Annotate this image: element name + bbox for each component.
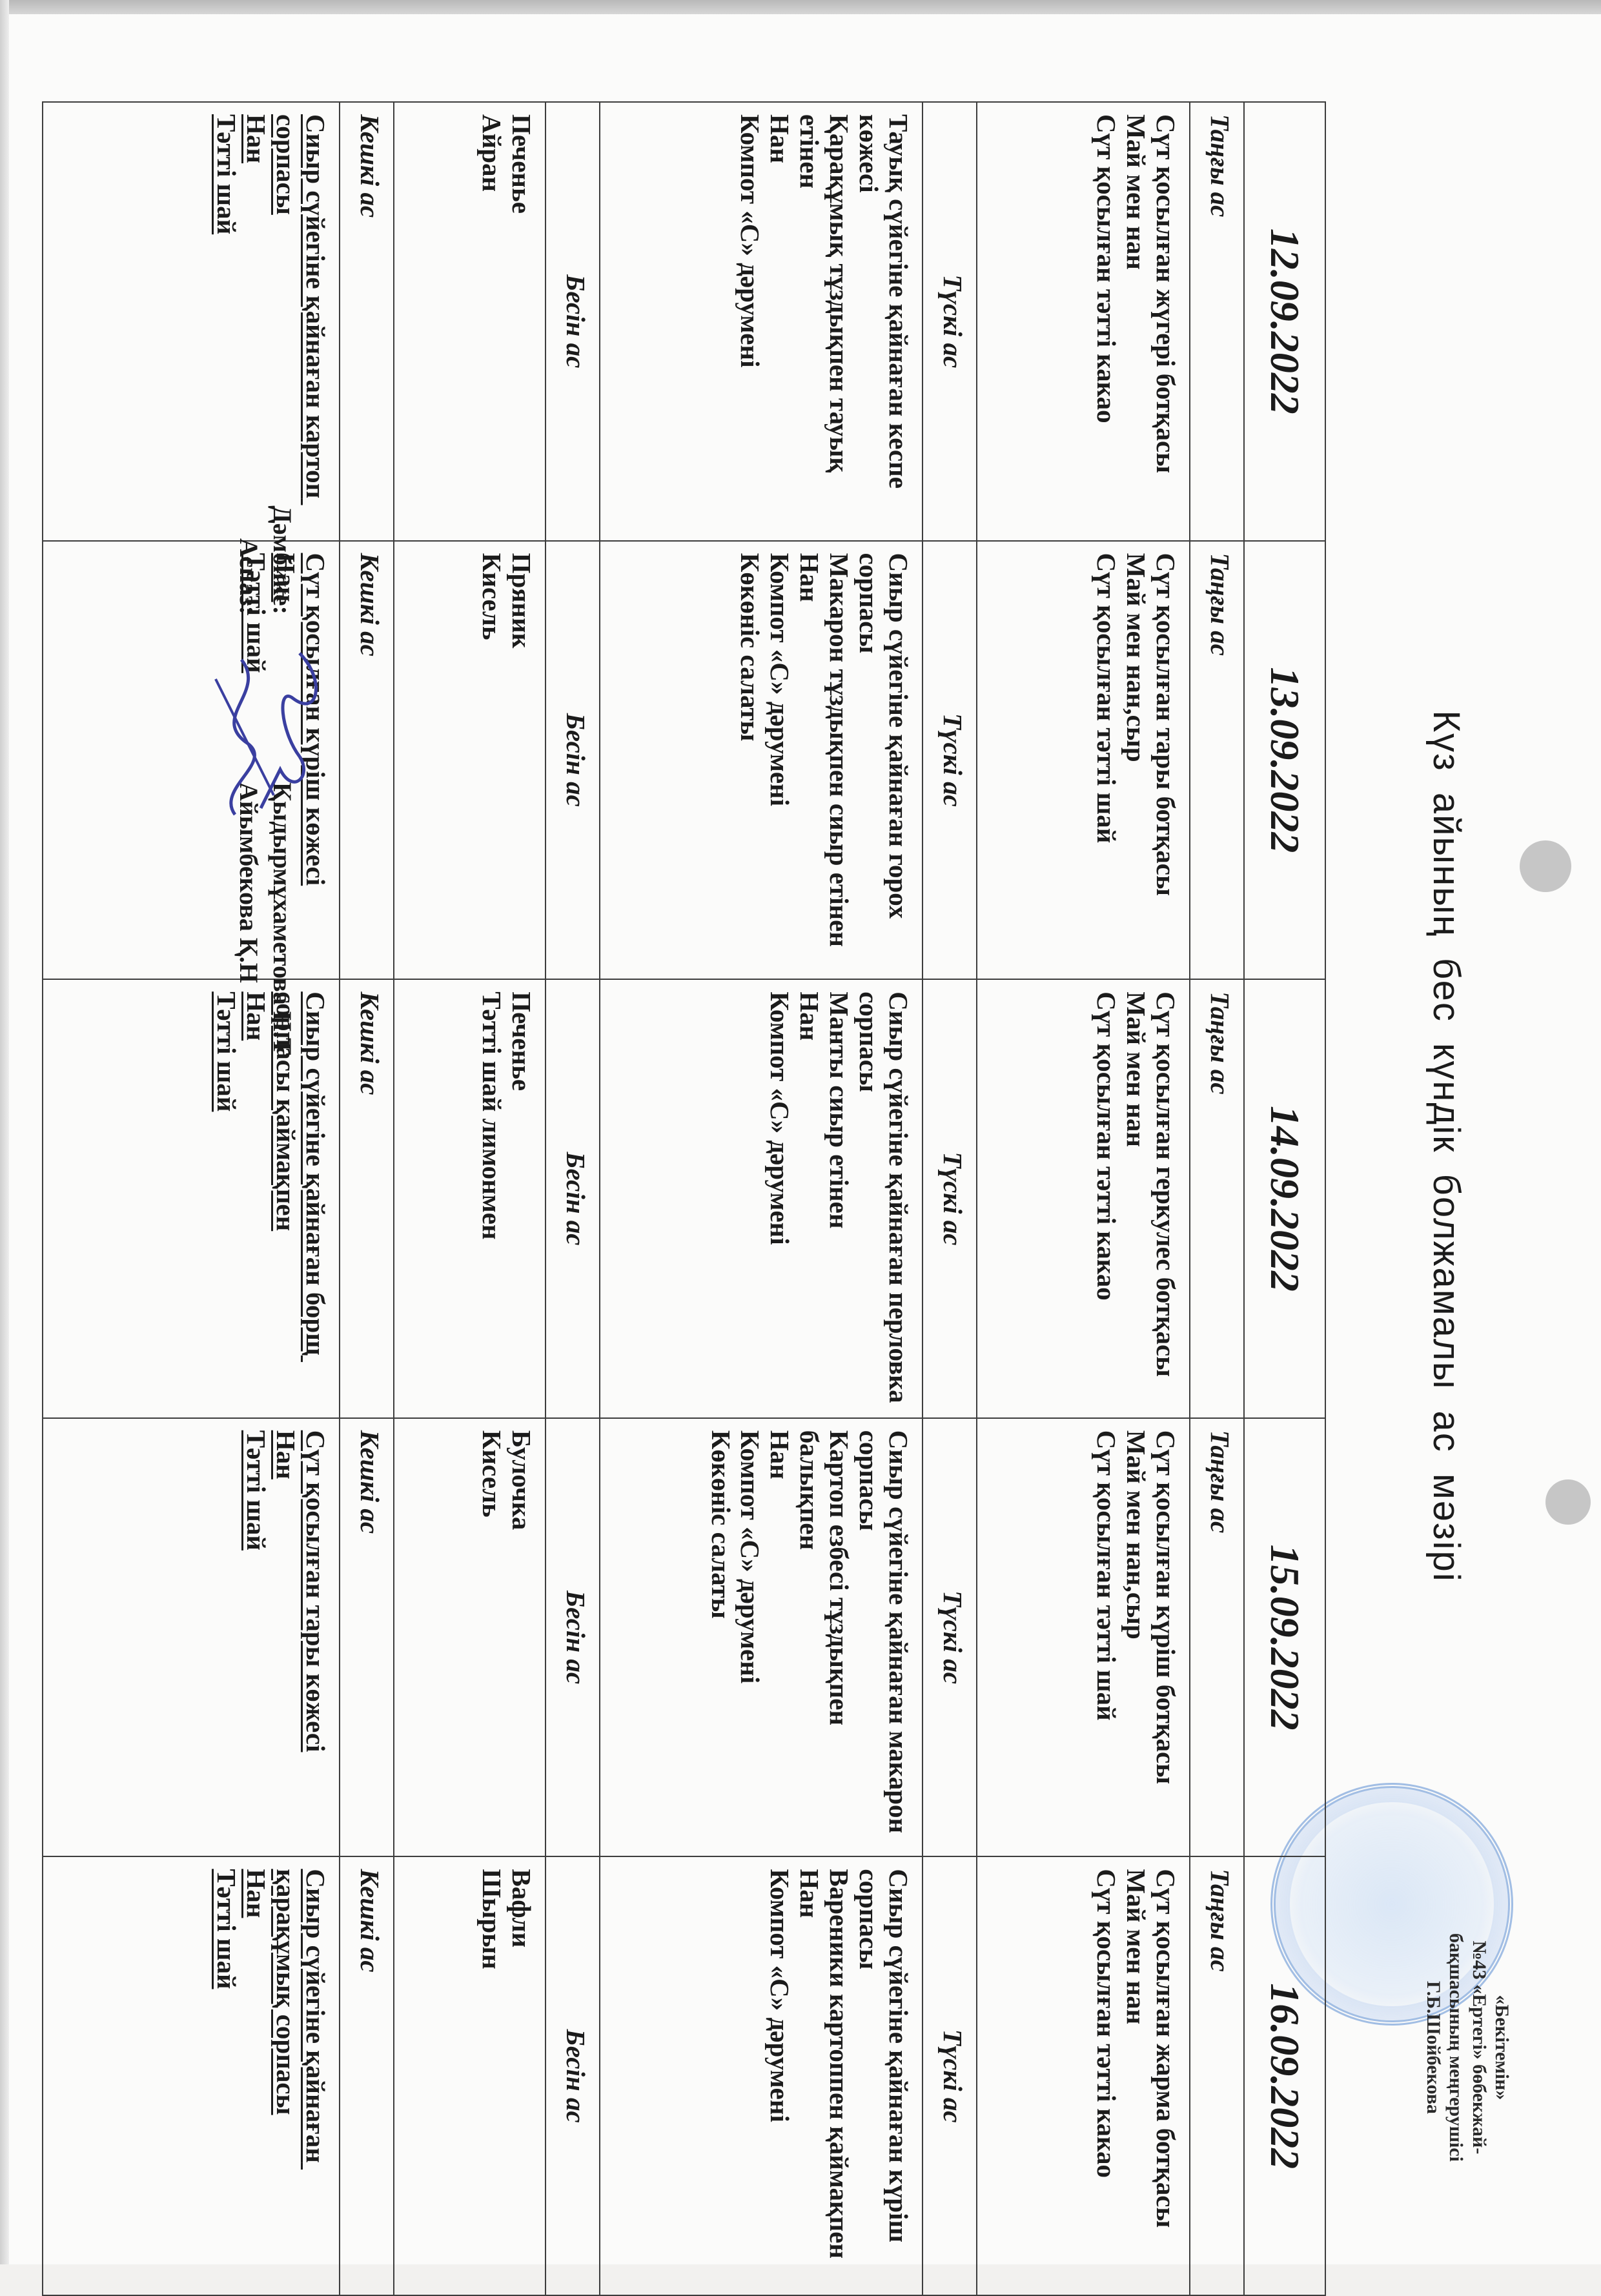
snack-items-cell: БулочкаКисель — [394, 1418, 546, 1857]
lunch-label: Түскі ас — [923, 102, 977, 541]
menu-item: Сүт қосылған тәтті какао — [1091, 991, 1121, 1406]
scanned-paper: «Бекітемін» №43 «Ертегі» бөбекжай- бақша… — [9, 14, 1601, 2264]
menu-item: Нан — [764, 114, 794, 529]
menu-item: Кисель — [476, 1430, 506, 1845]
menu-item: Сүт қосылған тары көжесі — [300, 1430, 330, 1845]
snack-label: Бесін ас — [546, 1418, 600, 1857]
menu-item: Манты сиыр етінен — [824, 991, 853, 1406]
document-title: Күз айының бес күндік болжамалы ас мәзір… — [1425, 14, 1468, 2264]
menu-item: Сүт қосылған тәтті шай — [1091, 553, 1121, 968]
menu-item: Қарақұмық тұздықпен тауық етінен — [794, 114, 853, 529]
menu-item: Сиыр сүйегіне қайнаған қарақұмық сорпасы — [270, 1869, 330, 2264]
menu-item: Сиыр сүйегіне қайнаған күріш сорпасы — [853, 1869, 913, 2264]
menu-item: Нан — [794, 1869, 824, 2264]
day-date: 13.09.2022 — [1244, 541, 1325, 980]
lunch-items-cell: Сиыр сүйегіне қайнаған макарон сорпасыКа… — [600, 1418, 923, 1857]
menu-item: Компот «С» дәрумені — [764, 991, 794, 1406]
lunch-row: Тауық сүйегіне қайнаған кеспе көжесіҚара… — [600, 102, 923, 2264]
menu-item: Нан — [241, 1869, 270, 2264]
menu-item: Сиыр сүйегіне қайнаған перловка сорпасы — [853, 991, 913, 1406]
menu-item: Нан — [794, 991, 824, 1406]
breakfast-items-cell: Сүт қосылған күріш ботқасыМай мен нан,сы… — [977, 1418, 1190, 1857]
menu-item: Тауық сүйегіне қайнаған кеспе көжесі — [853, 114, 913, 529]
snack-label: Бесін ас — [546, 541, 600, 980]
menu-item: Көкөніс салаты — [706, 1430, 735, 1845]
punch-hole-icon — [1545, 1479, 1591, 1525]
day-date: 16.09.2022 — [1244, 1856, 1325, 2264]
day-date: 15.09.2022 — [1244, 1418, 1325, 1857]
breakfast-items-cell: Сүт қосылған жарма ботқасыМай мен нанСүт… — [977, 1856, 1190, 2264]
menu-item: Печенье — [506, 991, 536, 1406]
snack-label-row: Бесін асБесін асБесін асБесін асБесін ас — [546, 102, 600, 2264]
breakfast-label: Таңғы ас — [1190, 541, 1244, 980]
day-date: 14.09.2022 — [1244, 979, 1325, 1418]
menu-item: Компот «С» дәрумені — [735, 114, 765, 529]
approval-line: №43 «Ертегі» бөбекжай- — [1467, 1873, 1490, 2222]
breakfast-items-cell: Сүт қосылған жүгері ботқасыМай мен нанСү… — [977, 102, 1190, 541]
breakfast-label: Таңғы ас — [1190, 979, 1244, 1418]
punch-hole-icon — [1520, 840, 1571, 892]
menu-item: Сүт қосылған тәтті шай — [1091, 1430, 1121, 1845]
snack-items-cell: ВафлиШырын — [394, 1856, 546, 2264]
menu-item: Кисель — [476, 553, 506, 968]
dinner-label: Кешкі ас — [340, 979, 394, 1418]
menu-item: Вафли — [506, 1869, 536, 2264]
signatures-block: Дәмбике: Қыдырмұхаметова Н.Т Аспаз: Айым… — [232, 253, 300, 1055]
menu-item: Тәтті шай — [211, 1869, 241, 2264]
scanner-edge-top — [0, 0, 1601, 14]
date-header-row: 12.09.202213.09.202214.09.202215.09.2022… — [1244, 102, 1325, 2264]
lunch-label: Түскі ас — [923, 1856, 977, 2264]
menu-item: Булочка — [506, 1430, 536, 1845]
approval-line: «Бекітемін» — [1491, 1873, 1513, 2222]
menu-page: «Бекітемін» №43 «Ертегі» бөбекжай- бақша… — [9, 14, 1601, 2264]
menu-item: Компот «С» дәрумені — [764, 553, 794, 968]
menu-item: Май мен нан,сыр — [1121, 1430, 1150, 1845]
menu-item: Сүт қосылған жарма ботқасы — [1150, 1869, 1180, 2264]
menu-item: Май мен нан — [1121, 114, 1150, 529]
signature-role: Дәмбике: — [268, 253, 298, 640]
breakfast-label: Таңғы ас — [1190, 1418, 1244, 1857]
menu-item: Пряник — [506, 553, 536, 968]
signature-role: Аспаз: — [234, 253, 265, 640]
breakfast-label-row: Таңғы асТаңғы асТаңғы асТаңғы асТаңғы ас — [1190, 102, 1244, 2264]
lunch-items-cell: Сиыр сүйегіне қайнаған перловка сорпасыМ… — [600, 979, 923, 1418]
snack-items-cell: ПряникКисель — [394, 541, 546, 980]
dinner-label-row: Кешкі асКешкі асКешкі асКешкі асКешкі ас — [340, 102, 394, 2264]
menu-item: Сүт қосылған күріш ботқасы — [1150, 1430, 1180, 1845]
menu-item: Нан — [270, 1430, 300, 1845]
lunch-items-cell: Тауық сүйегіне қайнаған кеспе көжесіҚара… — [600, 102, 923, 541]
snack-row: ПеченьеАйранПряникКисельПеченьеТәтті шай… — [394, 102, 546, 2264]
lunch-label: Түскі ас — [923, 541, 977, 980]
menu-item: Компот «С» дәрумені — [764, 1869, 794, 2264]
menu-item: Сүт қосылған тары ботқасы — [1150, 553, 1180, 968]
snack-items-cell: ПеченьеТәтті шай лимонмен — [394, 979, 546, 1418]
menu-item: Компот «С» дәрумені — [735, 1430, 765, 1845]
menu-item: Сүт қосылған геркулес ботқасы — [1150, 991, 1180, 1406]
snack-label: Бесін ас — [546, 102, 600, 541]
menu-item: Тәтті шай лимонмен — [476, 991, 506, 1406]
menu-item: Макарон тұздықпен сиыр етінен — [824, 553, 853, 968]
lunch-label: Түскі ас — [923, 979, 977, 1418]
snack-items-cell: ПеченьеАйран — [394, 102, 546, 541]
menu-item: Май мен нан,сыр — [1121, 553, 1150, 968]
menu-item: Сиыр сүйегіне қайнаған горох сорпасы — [853, 553, 913, 968]
snack-label: Бесін ас — [546, 979, 600, 1418]
menu-item: Шырын — [476, 1869, 506, 2264]
lunch-items-cell: Сиыр сүйегіне қайнаған горох сорпасыМака… — [600, 541, 923, 980]
menu-item: Сиыр сүйегіне қайнаған макарон сорпасы — [853, 1430, 913, 1845]
menu-item: Май мен нан — [1121, 991, 1150, 1406]
menu-item: Вареники картоппен қаймақпен — [824, 1869, 853, 2264]
breakfast-items-cell: Сүт қосылған геркулес ботқасыМай мен нан… — [977, 979, 1190, 1418]
snack-label: Бесін ас — [546, 1856, 600, 2264]
scanner-edge-left — [0, 0, 9, 2264]
menu-item: Сүт қосылған тәтті какао — [1091, 1869, 1121, 2264]
lunch-label: Түскі ас — [923, 1418, 977, 1857]
menu-item: Май мен нан — [1121, 1869, 1150, 2264]
dinner-label: Кешкі ас — [340, 102, 394, 541]
menu-item: Айран — [476, 114, 506, 529]
breakfast-items-cell: Сүт қосылған тары ботқасыМай мен нан,сыр… — [977, 541, 1190, 980]
dinner-items-cell: Сүт қосылған тары көжесіНанТәтті шай — [43, 1418, 340, 1857]
breakfast-label: Таңғы ас — [1190, 102, 1244, 541]
signature-scribble-icon — [196, 640, 338, 834]
breakfast-row: Сүт қосылған жүгері ботқасыМай мен нанСү… — [977, 102, 1190, 2264]
dinner-items-cell: Сиыр сүйегіне қайнаған қарақұмық сорпасы… — [43, 1856, 340, 2264]
menu-item: Нан — [794, 553, 824, 968]
menu-item: Тәтті шай — [241, 1430, 270, 1845]
menu-item: Печенье — [506, 114, 536, 529]
menu-item: Сүт қосылған жүгері ботқасы — [1150, 114, 1180, 529]
menu-item: Көкөніс салаты — [735, 553, 765, 968]
menu-item: Картоп езбесі тұздықпен балықпен — [794, 1430, 853, 1845]
dinner-label: Кешкі ас — [340, 1856, 394, 2264]
lunch-label-row: Түскі асТүскі асТүскі асТүскі асТүскі ас — [923, 102, 977, 2264]
dinner-label: Кешкі ас — [340, 1418, 394, 1857]
lunch-items-cell: Сиыр сүйегіне қайнаған күріш сорпасыВаре… — [600, 1856, 923, 2264]
dinner-label: Кешкі ас — [340, 541, 394, 980]
breakfast-label: Таңғы ас — [1190, 1856, 1244, 2264]
menu-item: Нан — [764, 1430, 794, 1845]
menu-item: Сүт қосылған тәтті какао — [1091, 114, 1121, 529]
day-date: 12.09.2022 — [1244, 102, 1325, 541]
